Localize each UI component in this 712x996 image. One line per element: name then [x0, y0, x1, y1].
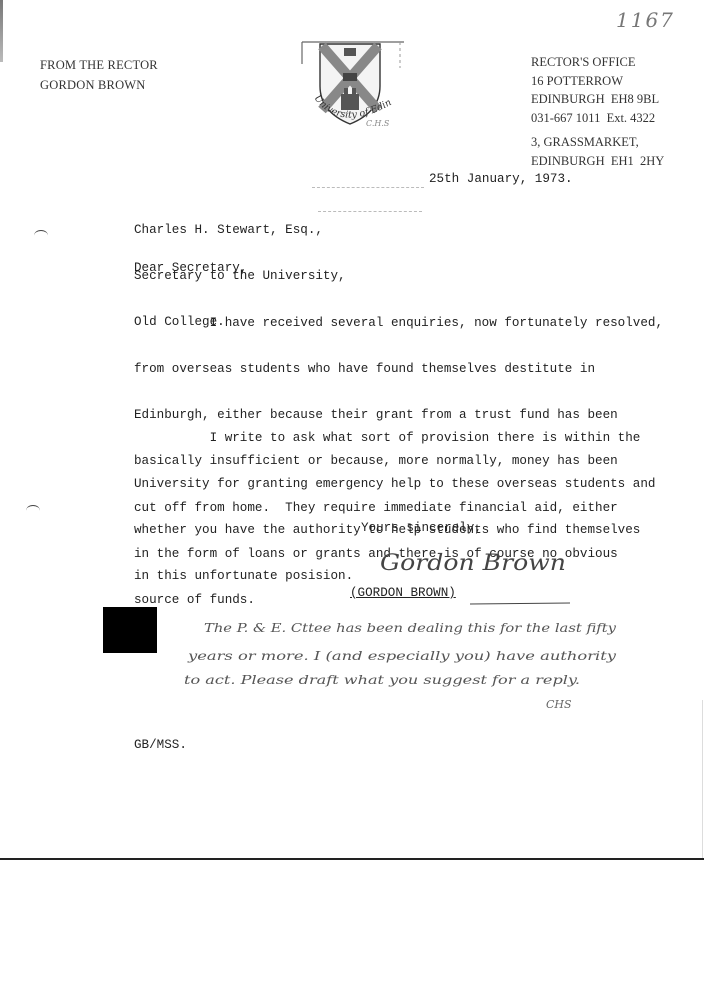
annotation-line: to act. Please draft what you suggest fo… [184, 673, 580, 687]
letterhead-office-block: RECTOR'S OFFICE 16 POTTERROW EDINBURGH E… [531, 53, 664, 170]
crest-initials: C.H.S [366, 119, 390, 128]
signature-text: Gordon Brown [380, 551, 566, 576]
letterhead-from-block: FROM THE RECTOR GORDON BROWN [40, 55, 158, 95]
handwritten-annotation: The P. & E. Cttee has been dealing this … [180, 604, 620, 714]
recipient-line: Charles H. Stewart, Esq., [134, 223, 346, 238]
scan-edge-shadow [0, 0, 3, 62]
archive-reference-number: 1167 [616, 8, 675, 32]
second-address-line: EDINBURGH EH1 2HY [531, 152, 664, 171]
paragraph-line: University for granting emergency help t… [134, 477, 655, 492]
paragraph-line: I have received several enquiries, now f… [134, 316, 663, 331]
office-line: RECTOR'S OFFICE [531, 53, 664, 72]
redaction-block [103, 607, 157, 653]
office-line: 031-667 1011 Ext. 4322 [531, 109, 664, 128]
paragraph-line: I write to ask what sort of provision th… [134, 431, 655, 446]
office-line: EDINBURGH EH8 9BL [531, 90, 664, 109]
salutation: Dear Secretary, [134, 261, 247, 276]
from-line: GORDON BROWN [40, 75, 158, 95]
annotation-initials: CHS [546, 698, 572, 711]
reference-initials: GB/MSS. [134, 738, 187, 753]
annotation-line: The P. & E. Cttee has been dealing this … [204, 621, 616, 635]
typed-signatory-name: (GORDON BROWN) [350, 586, 456, 601]
closing: Yours sincerely, [361, 521, 482, 536]
punch-hole-mark [26, 505, 40, 516]
university-crest-icon: University of Edinburgh C.H.S [300, 38, 406, 138]
annotation-line: years or more. I (and especially you) ha… [187, 649, 617, 663]
paragraph-line: from overseas students who have found th… [134, 362, 663, 377]
page-bottom-edge [0, 858, 704, 860]
from-line: FROM THE RECTOR [40, 55, 158, 75]
faint-stamp-line [312, 187, 424, 188]
second-address-line: 3, GRASSMARKET, [531, 133, 664, 152]
page-right-edge [702, 700, 703, 858]
handwritten-signature: Gordon Brown [378, 544, 570, 578]
office-line: 16 POTTERROW [531, 72, 664, 91]
punch-hole-mark [34, 230, 48, 241]
letter-date: 25th January, 1973. [429, 172, 573, 187]
